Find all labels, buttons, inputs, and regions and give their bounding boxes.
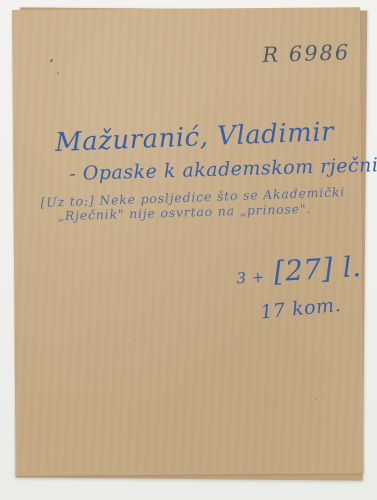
extent-main: [27] l.: [273, 250, 363, 288]
scan-background: R 6986 Mažuranić, Vladimir - Opaske k ak…: [0, 0, 377, 500]
shelfmark: R 6986: [262, 40, 351, 67]
extent-line: 3 + [27] l.: [235, 250, 362, 290]
paper-speck: [315, 398, 317, 400]
extent-prefix: 3 +: [236, 268, 265, 288]
paper-speck: [50, 58, 54, 62]
pieces-line: 17 kom.: [259, 294, 341, 324]
paper-sheet: R 6986 Mažuranić, Vladimir - Opaske k ak…: [12, 7, 364, 476]
author-line: Mažuranić, Vladimir: [55, 117, 335, 158]
paper-speck: [57, 72, 58, 75]
paper-speck: [135, 339, 136, 341]
title-line: - Opaske k akademskom rječniku: [69, 153, 377, 185]
